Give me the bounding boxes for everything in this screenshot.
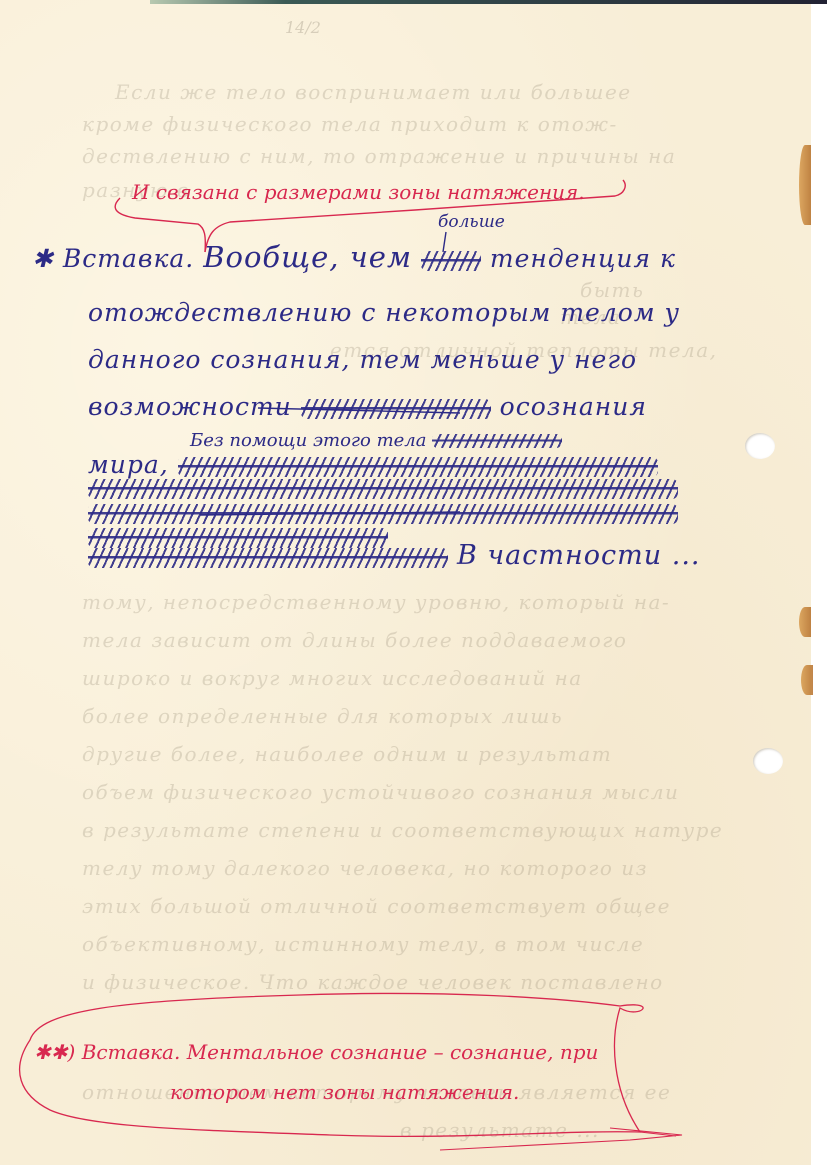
crossed-out-text (88, 479, 678, 499)
crossed-out-word (301, 399, 491, 419)
insert-line-1: ✱ Вставка. Вообще, чем тенденция к (32, 240, 676, 274)
insert-line-2: отождествлению с некоторым телом у (88, 298, 680, 327)
scan-edge (150, 0, 827, 4)
background-text-line: в результате ... (400, 1118, 600, 1142)
background-text-line: и физическое. Что каждое человек поставл… (82, 970, 664, 994)
insert-line-4: возможности осознания (88, 392, 647, 421)
crossed-out-text (178, 457, 658, 477)
manuscript-page: 14/2 Если же тело воспринимает или больш… (0, 0, 811, 1165)
red-footnote-line-2: котором нет зоны натяжения. (170, 1080, 519, 1104)
background-text-line: в результате степени и соответствующих н… (82, 818, 723, 842)
footnote-label: Вставка. (82, 1040, 181, 1064)
stain (799, 145, 811, 225)
punch-hole (745, 433, 775, 459)
crossed-out-word (432, 434, 562, 448)
red-callout-text: И связана с размерами зоны натяжения. (132, 180, 585, 204)
crossed-out-text (88, 548, 448, 568)
asterisk-marker: ✱ (32, 244, 54, 273)
superscript-correction: больше (438, 212, 505, 232)
background-text-line: тела зависит от длины более поддаваемого (82, 628, 627, 652)
stain (801, 665, 813, 695)
background-text-line: более определенные для которых лишь (82, 704, 563, 728)
background-text-line: этих большой отличной соответствует обще… (82, 894, 671, 918)
insert-line-6 (88, 478, 678, 499)
background-text-line: кроме физического тела приходит к отож- (82, 112, 618, 136)
crossed-out-word (421, 251, 481, 271)
background-text-line: широко и вокруг многих исследований на (82, 666, 583, 690)
red-footnote-line-1: ✱✱) Вставка. Ментальное сознание – созна… (34, 1040, 598, 1064)
punch-hole (753, 748, 783, 774)
background-text-line: дествлению с ним, то отражение и причины… (82, 144, 676, 168)
crossed-out-text (88, 504, 678, 524)
insert-line-5: мира, (88, 450, 658, 479)
background-text-line: Если же тело воспринимает или большее (115, 80, 632, 104)
insert-line-9: В частности ... (88, 540, 700, 571)
background-text-line: тому, непосредственному уровню, который … (82, 590, 670, 614)
stain (799, 607, 811, 637)
background-text-line: телу тому далекого человека, но которого… (82, 856, 648, 880)
double-asterisk-marker: ✱✱) (34, 1040, 75, 1064)
insert-line-7 (88, 503, 678, 524)
page-number: 14/2 (285, 18, 321, 37)
interlinear-insert: Без помощи этого тела (190, 430, 562, 451)
background-text-line: другие более, наиболее одним и результат (82, 742, 612, 766)
background-text-line: объективному, истинному телу, в том числ… (82, 932, 644, 956)
insert-line-3: данного сознания, тем меньше у него (88, 345, 637, 374)
background-text-line: объем физического устойчивого сознания м… (82, 780, 679, 804)
insert-label: Вставка. (63, 244, 194, 273)
